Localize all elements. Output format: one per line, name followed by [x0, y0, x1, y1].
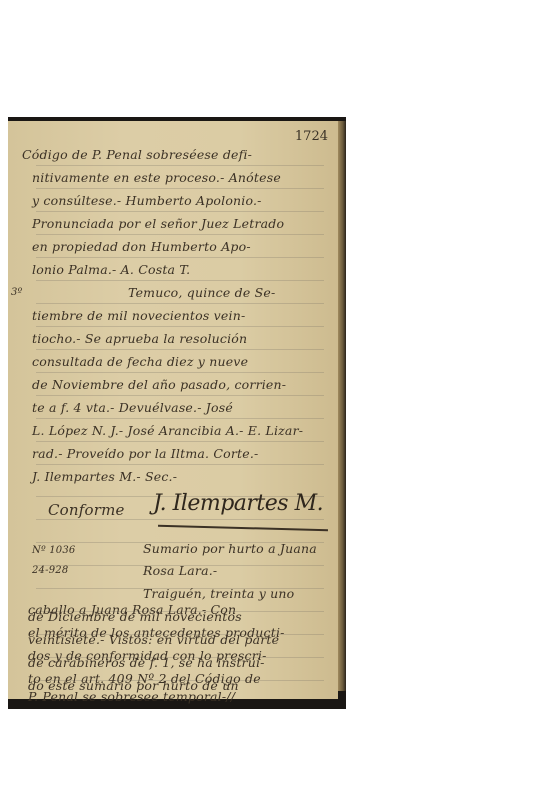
- ruled-line: [36, 188, 324, 189]
- margin-note: 3º: [11, 287, 22, 298]
- ruled-line: [36, 280, 324, 281]
- text-line: rad.- Proveído por la Iltma. Corte.-: [32, 446, 258, 461]
- ruled-line: [36, 211, 324, 212]
- entry-heading: Sumario por hurto a Juana: [143, 541, 317, 556]
- ledger-page: 1724 Código de P. Penal sobreséese defi-…: [8, 121, 338, 699]
- ruled-line: [36, 418, 324, 419]
- ruled-line: [36, 464, 324, 465]
- ruled-line: [36, 441, 324, 442]
- signature: J. Ilempartes M.: [153, 491, 323, 516]
- page-number: 1724: [295, 129, 328, 144]
- ruled-line: [36, 395, 324, 396]
- text-line: y consúltese.- Humberto Apolonio.-: [32, 193, 262, 208]
- ruled-line: [36, 234, 324, 235]
- signature-underline: [158, 525, 328, 531]
- conforme-label: Conforme: [48, 501, 125, 519]
- text-line: de carabineros de f. 1, se ha instrui-: [28, 655, 265, 670]
- text-line: Temuco, quince de Se-: [128, 285, 275, 300]
- entry-heading: Rosa Lara.-: [143, 563, 217, 578]
- text-line: do este sumario por hurto de un: [28, 678, 239, 693]
- text-line: Traiguén, treinta y uno: [143, 586, 294, 601]
- text-line: consultada de fecha diez y nueve: [32, 354, 248, 369]
- ruled-line: [36, 326, 324, 327]
- document-scan: 1724 Código de P. Penal sobreséese defi-…: [8, 117, 346, 709]
- ruled-line: [36, 519, 324, 520]
- case-code: 24-928: [32, 565, 68, 576]
- case-number: Nº 1036: [32, 545, 75, 556]
- text-line: tiocho.- Se aprueba la resolución: [32, 331, 247, 346]
- ruled-line: [36, 257, 324, 258]
- text-line: J. Ilempartes M.- Sec.-: [32, 469, 177, 484]
- text-line: L. López N. J.- José Arancibia A.- E. Li…: [32, 423, 303, 438]
- text-line: de Noviembre del año pasado, corrien-: [32, 377, 286, 392]
- text-line: Código de P. Penal sobreséese defi-: [22, 147, 252, 162]
- text-line: te a f. 4 vta.- Devuélvase.- José: [32, 400, 233, 415]
- ruled-line: [36, 165, 324, 166]
- text-line: Pronunciada por el señor Juez Letrado: [32, 216, 284, 231]
- ruled-line: [36, 349, 324, 350]
- text-line: lonio Palma.- A. Costa T.: [32, 262, 190, 277]
- text-line: de Diciembre de mil novecientos: [28, 609, 242, 624]
- page-edge: [338, 121, 346, 691]
- text-line: en propiedad don Humberto Apo-: [32, 239, 251, 254]
- text-line: nitivamente en este proceso.- Anótese: [32, 170, 281, 185]
- text-line: veintisiete.- Vistos: en virtud del part…: [28, 632, 279, 647]
- text-line: tiembre de mil novecientos vein-: [32, 308, 245, 323]
- ruled-line: [36, 303, 324, 304]
- ruled-line: [36, 372, 324, 373]
